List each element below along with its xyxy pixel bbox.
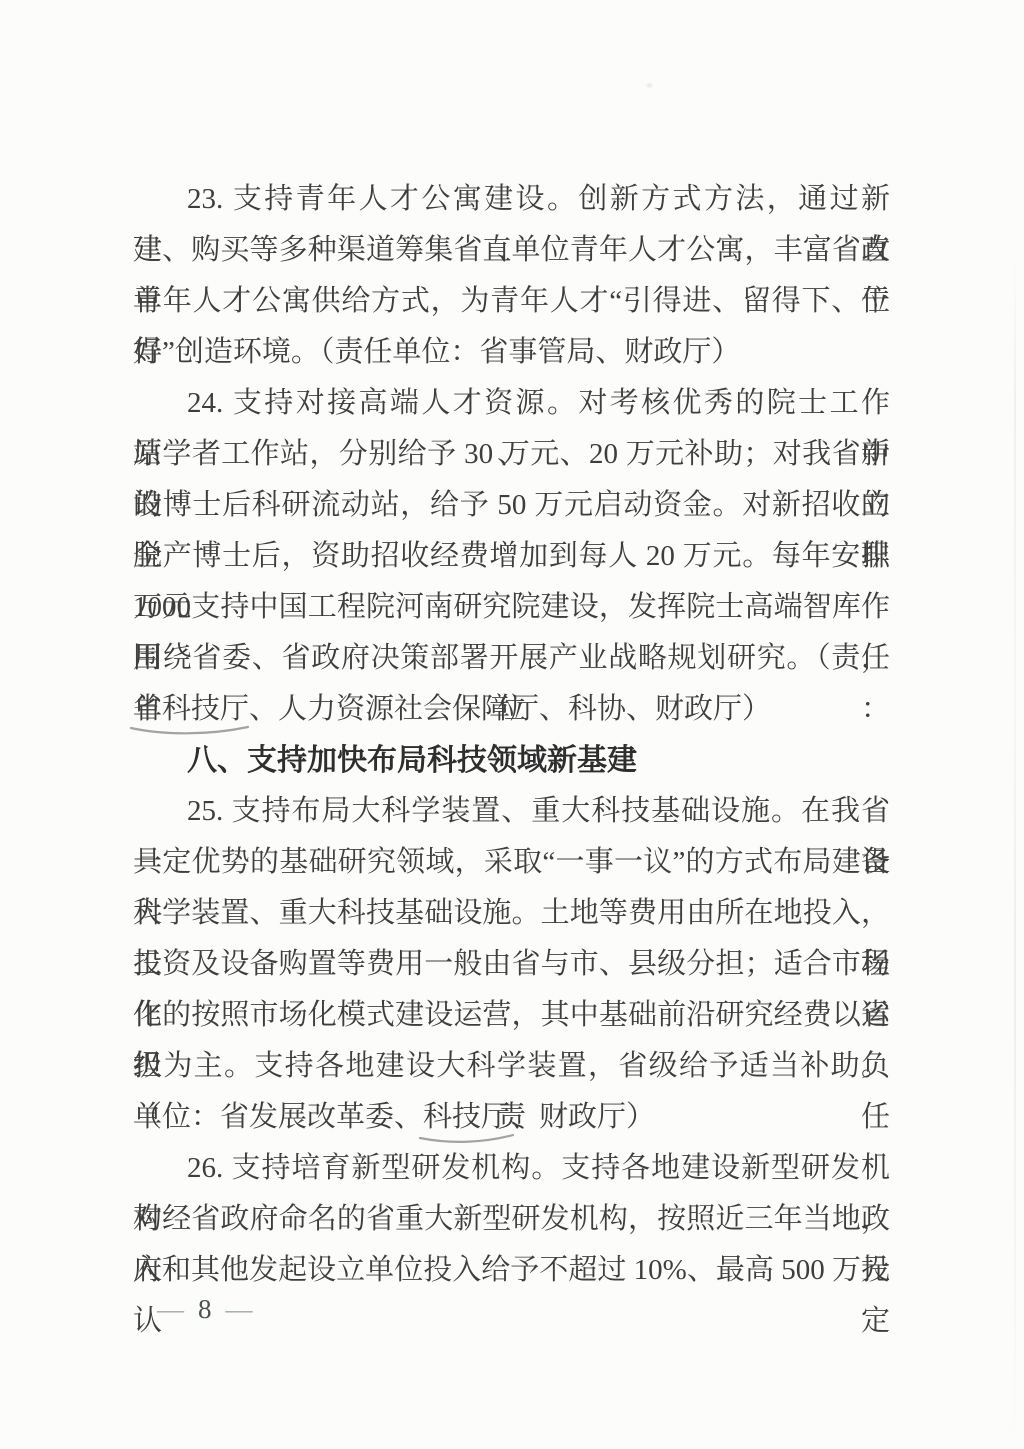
paragraph-25-line: 作的按照市场化模式建设运营，其中基础前沿研究经费以省级负 [133, 990, 890, 1041]
paragraph-26-line: 入和其他发起设立单位投入给予不超过 10%、最高 500 万元认定 [133, 1245, 890, 1296]
paragraph-23-line: 23. 支持青年人才公寓建设。创新方式方法，通过新建、改 [133, 174, 890, 225]
paragraph-25-line: 25. 支持布局大科学装置、重大科技基础设施。在我省具备 [133, 786, 890, 837]
paragraph-25-line: 科学装置、重大科技基础设施。土地等费用由所在地投入，工程 [133, 888, 890, 939]
paragraph-24-line: 24. 支持对接高端人才资源。对考核优秀的院士工作站、中 [133, 378, 890, 429]
paragraph-24-line: 围绕省委、省政府决策部署开展产业战略规划研究。（责任单位： [133, 633, 890, 684]
scan-edge-artifact [1014, 255, 1016, 1445]
paragraph-24-line: 万元支持中国工程院河南研究院建设，发挥院士高端智库作用， [133, 582, 890, 633]
paragraph-24-line: 原学者工作站，分别给予 30 万元、20 万元补助；对我省新设立 [133, 429, 890, 480]
paragraph-24-line: 脱产博士后，资助招收经费增加到每人 20 万元。每年安排 1000 [133, 531, 890, 582]
paragraph-25-line: 一定优势的基础研究领域，采取“一事一议”的方式布局建设大 [133, 837, 890, 888]
section-8-heading: 八、支持加快布局科技领域新基建 [133, 735, 890, 786]
paragraph-25-line: 投资及设备购置等费用一般由省与市、县级分担；适合市场化运 [133, 939, 890, 990]
page-number-dash: — [157, 1292, 184, 1326]
paragraph-26-line: 26. 支持培育新型研发机构。支持各地建设新型研发机构， [133, 1143, 890, 1194]
paragraph-23-line: 青年人才公寓供给方式，为青年人才“引得进、留得下、干得 [133, 276, 890, 327]
page-number: —8— [157, 1292, 253, 1326]
scan-smudge-artifact [645, 82, 654, 89]
paragraph-24-line: 的博士后科研流动站，给予 50 万元启动资金。对新招收的全职 [133, 480, 890, 531]
page-number-value: 8 [198, 1292, 212, 1326]
scanned-document-page: { "document": { "language": "zh-CN", "co… [0, 0, 1024, 1449]
paragraph-25-line: 担为主。支持各地建设大科学装置，省级给予适当补助。（责任 [133, 1041, 890, 1092]
paragraph-23-line: 好”创造环境。（责任单位：省事管局、财政厅） [133, 327, 890, 378]
document-body: 23. 支持青年人才公寓建设。创新方式方法，通过新建、改 建、购买等多种渠道筹集… [133, 174, 890, 1296]
page-number-dash: — [226, 1292, 253, 1326]
paragraph-26-line: 对经省政府命名的省重大新型研发机构，按照近三年当地政府投 [133, 1194, 890, 1245]
paragraph-23-line: 建、购买等多种渠道筹集省直单位青年人才公寓，丰富省直单位 [133, 225, 890, 276]
